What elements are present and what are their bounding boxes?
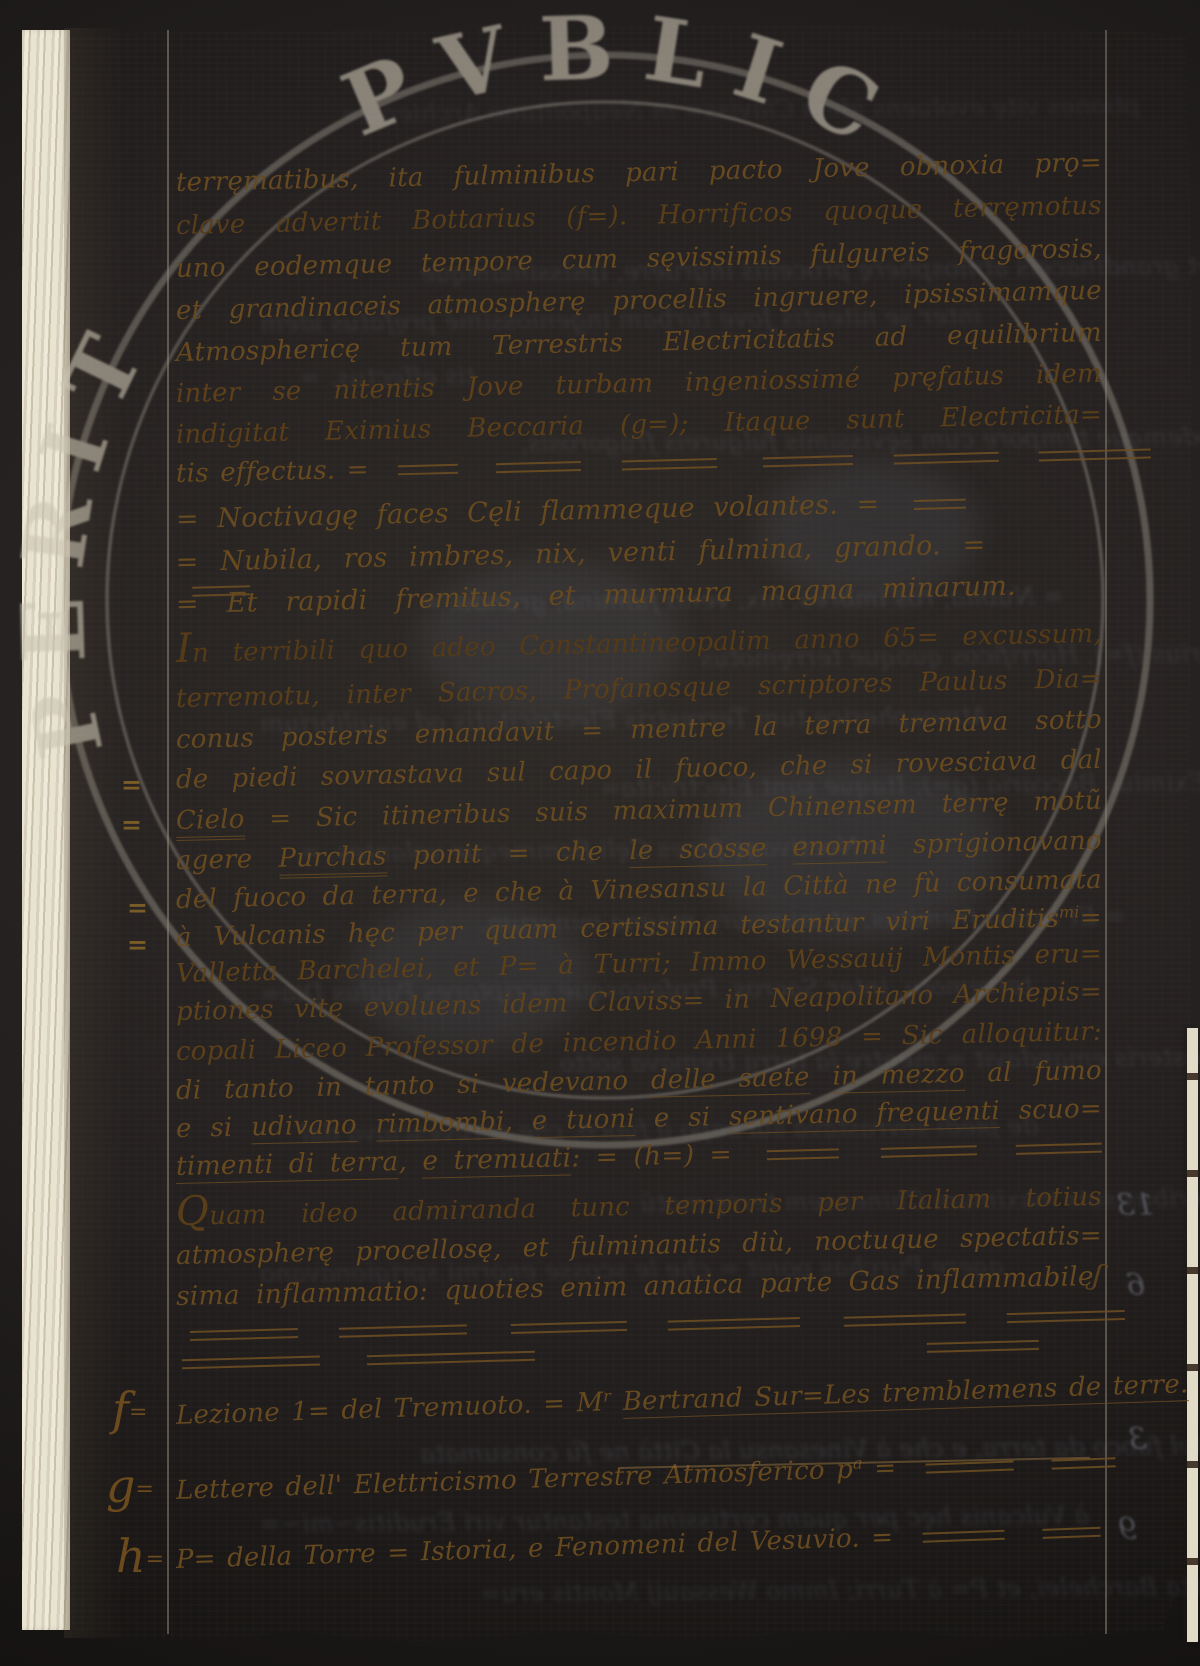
ink-dash-filler (511, 1321, 627, 1334)
bleedthrough-mark: 9 (1118, 1512, 1137, 1547)
ink-dash-filler (762, 455, 852, 467)
initial-capital: Q (175, 1187, 209, 1235)
underline: delle saete (651, 1062, 810, 1097)
stamp-text-top: PVBLIC (328, 0, 918, 174)
ink-dash-filler (894, 452, 999, 465)
ink-dash-filler (339, 1324, 467, 1337)
double-underline: Cielo (176, 805, 245, 841)
ink-dash-filler (398, 464, 458, 476)
margin-rule-left (167, 30, 169, 1634)
ink-dash-filler (914, 499, 966, 510)
stamp-text-left: PERIT (2, 298, 174, 766)
bleedthrough-mark: 13 (1116, 1188, 1154, 1223)
superscript: mi (1059, 902, 1080, 921)
underline: enormi (792, 830, 887, 864)
ink-dash-filler (622, 458, 717, 471)
underline: in mezzo (832, 1059, 965, 1094)
underline: e tremuati (422, 1142, 572, 1178)
underline: udivano (251, 1110, 357, 1144)
ink-dash-filler (844, 1313, 966, 1326)
ink-dash-filler (367, 1351, 535, 1366)
footnote-label: f= (112, 1386, 147, 1432)
ink-dash-filler (620, 1457, 1090, 1469)
margin-mark: = (121, 770, 141, 799)
margin-mark: = (121, 810, 141, 839)
underline: sentivano frequenti (729, 1096, 1001, 1134)
margin-mark: = (127, 893, 147, 922)
ink-dash-filler (927, 1340, 1039, 1353)
ink-dash-filler (767, 1148, 839, 1160)
ink-dash-filler (1016, 1143, 1102, 1155)
superscript: r (603, 1386, 611, 1405)
ink-dash-filler (668, 1317, 800, 1331)
bleedthrough-mark: 6 (1126, 1268, 1145, 1303)
double-underline: Purchas (278, 841, 387, 878)
ink-dash-filler (496, 461, 581, 473)
initial-capital: I (175, 625, 192, 672)
footnote-label: g= (106, 1463, 154, 1509)
manuscript-photo: PERIT PVBLIC ptiones vitę evoluens idem … (0, 0, 1200, 1666)
ink-dash-filler (190, 1328, 298, 1341)
underline: timenti di terra (176, 1146, 399, 1184)
footnote-label: h= (116, 1533, 164, 1579)
underline: rimbombi (375, 1107, 505, 1142)
ink-dash-filler (923, 1530, 1005, 1543)
margin-mark: = (127, 930, 147, 959)
ink-dash-filler (182, 1355, 320, 1369)
underline: e tuoni (531, 1104, 635, 1138)
underline: le scosse (629, 833, 767, 868)
ink-dash-filler (880, 1145, 976, 1158)
ink-dash-filler (1042, 1527, 1100, 1539)
next-page-edge (1187, 1028, 1198, 1642)
